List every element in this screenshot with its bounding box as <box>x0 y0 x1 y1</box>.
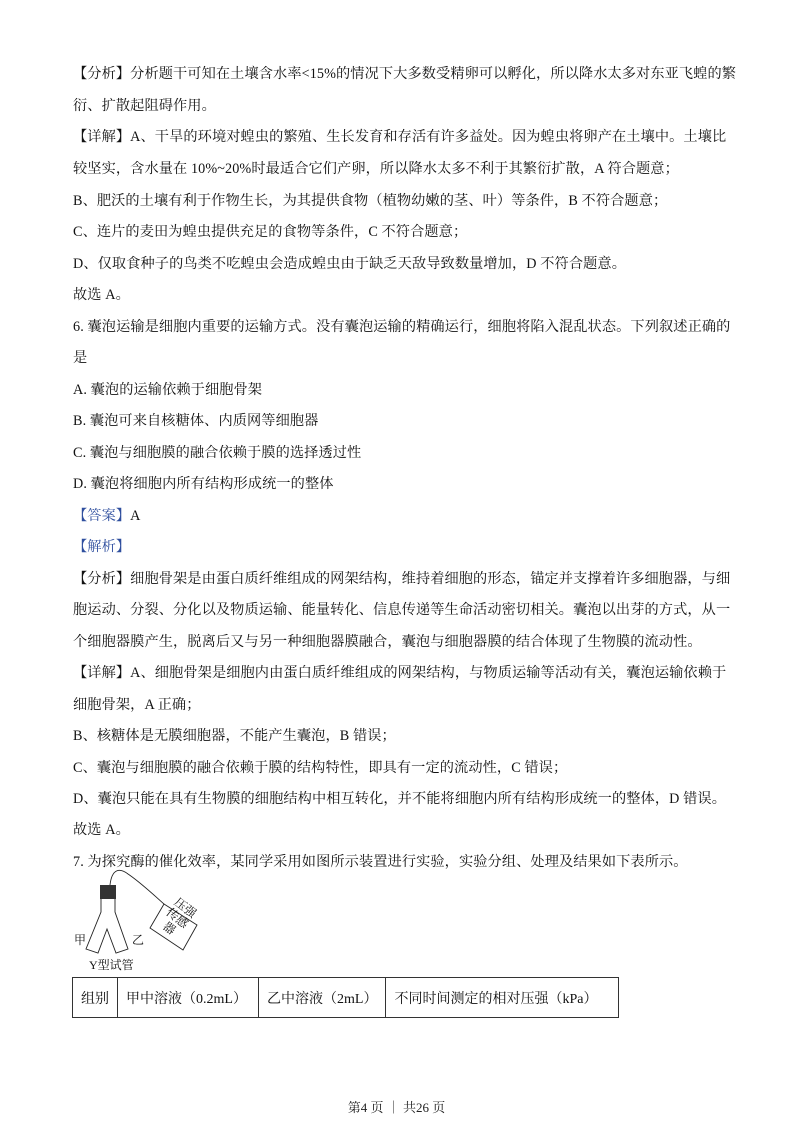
q6-option-a: A. 囊泡的运输依赖于细胞骨架 <box>73 381 262 399</box>
q6-detail-line-3: B、核糖体是无膜细胞器，不能产生囊泡，B 错误； <box>73 727 396 745</box>
q6-analysis-line-2: 胞运动、分裂、分化以及物质运输、能量转化、信息传递等生命活动密切相关。囊泡以出芽… <box>73 601 730 619</box>
q6-stem-line-1: 6. 囊泡运输是细胞内重要的运输方式。没有囊泡运输的精确运行，细胞将陷入混乱状态… <box>73 318 730 336</box>
q6-stem-line-2: 是 <box>73 349 87 367</box>
q6-explain-tag: 【解析】 <box>73 538 130 556</box>
header-pressure: 不同时间测定的相对压强（kPa） <box>386 978 619 1018</box>
tube-left-label: 甲 <box>74 934 86 947</box>
stopper-icon <box>100 885 116 899</box>
detail-tag: 【详解】 <box>73 129 130 145</box>
answer-value: A <box>130 508 140 524</box>
q6-detail-line-2: 细胞骨架，A 正确； <box>73 696 201 714</box>
document-page: 【分析】分析题干可知在土壤含水率<15%的情况下大多数受精卵可以孵化，所以降水太… <box>0 0 793 1122</box>
q6-option-d: D. 囊泡将细胞内所有结构形成统一的整体 <box>73 475 334 493</box>
table-header-row: 组别 甲中溶液（0.2mL） 乙中溶液（2mL） 不同时间测定的相对压强（kPa… <box>73 978 619 1018</box>
q6-analysis-line-1: 【分析】细胞骨架是由蛋白质纤维组成的网架结构，维持着细胞的形态，锚定并支撑着许多… <box>73 570 730 588</box>
experiment-table: 组别 甲中溶液（0.2mL） 乙中溶液（2mL） 不同时间测定的相对压强（kPa… <box>72 977 619 1018</box>
q5-detail-line-3: B、肥沃的土壤有利于作物生长，为其提供食物（植物幼嫩的茎、叶）等条件，B 不符合… <box>73 192 667 210</box>
q6-detail-line-1: 【详解】A、细胞骨架是细胞内由蛋白质纤维组成的网架结构，与物质运输等活动有关，囊… <box>73 664 726 682</box>
q5-analysis-line-2: 衍、扩散起阻碍作用。 <box>73 97 216 115</box>
q5-detail-line-5: D、仅取食种子的鸟类不吃蝗虫会造成蝗虫由于缺乏天敌导致数量增加，D 不符合题意。 <box>73 255 626 273</box>
page-footer: 第4 页 ｜ 共26 页 <box>0 1097 793 1116</box>
diagram-caption: Y型试管 <box>89 959 134 972</box>
y-tube-diagram: 压强传感器 甲 乙 Y型试管 <box>60 866 240 976</box>
header-solution-jia: 甲中溶液（0.2mL） <box>118 978 259 1018</box>
q6-answer: 【答案】A <box>73 507 141 525</box>
q6-option-c: C. 囊泡与细胞膜的融合依赖于膜的选择透过性 <box>73 444 361 462</box>
q5-analysis-line-1: 【分析】分析题干可知在土壤含水率<15%的情况下大多数受精卵可以孵化，所以降水太… <box>73 65 736 83</box>
q6-conclusion: 故选 A。 <box>73 821 130 839</box>
analysis-tag: 【分析】 <box>73 571 130 587</box>
tube-right-label: 乙 <box>132 934 144 947</box>
y-tube-drawing <box>60 866 240 976</box>
q5-detail-line-4: C、连片的麦田为蝗虫提供充足的食物等条件，C 不符合题意； <box>73 223 467 241</box>
q5-detail-line-1: 【详解】A、干旱的环境对蝗虫的繁殖、生长发育和存活有许多益处。因为蝗虫将卵产在土… <box>73 128 726 146</box>
q6-analysis-line-3: 个细胞器膜产生，脱离后又与另一种细胞器膜融合，囊泡与细胞器膜的结合体现了生物膜的… <box>73 633 702 651</box>
analysis-tag: 【分析】 <box>73 66 130 82</box>
header-solution-yi: 乙中溶液（2mL） <box>259 978 386 1018</box>
header-group: 组别 <box>73 978 118 1018</box>
q6-detail-line-5: D、囊泡只能在具有生物膜的细胞结构中相互转化，并不能将细胞内所有结构形成统一的整… <box>73 790 726 808</box>
q5-conclusion: 故选 A。 <box>73 286 130 304</box>
q6-detail-line-4: C、囊泡与细胞膜的融合依赖于膜的结构特性，即具有一定的流动性，C 错误； <box>73 759 567 777</box>
answer-tag: 【答案】 <box>73 508 130 524</box>
detail-tag: 【详解】 <box>73 665 130 681</box>
q6-option-b: B. 囊泡可来自核糖体、内质网等细胞器 <box>73 412 318 430</box>
q5-detail-line-2: 较坚实，含水量在 10%~20%时最适合它们产卵，所以降水太多不利于其繁衍扩散，… <box>73 160 679 178</box>
